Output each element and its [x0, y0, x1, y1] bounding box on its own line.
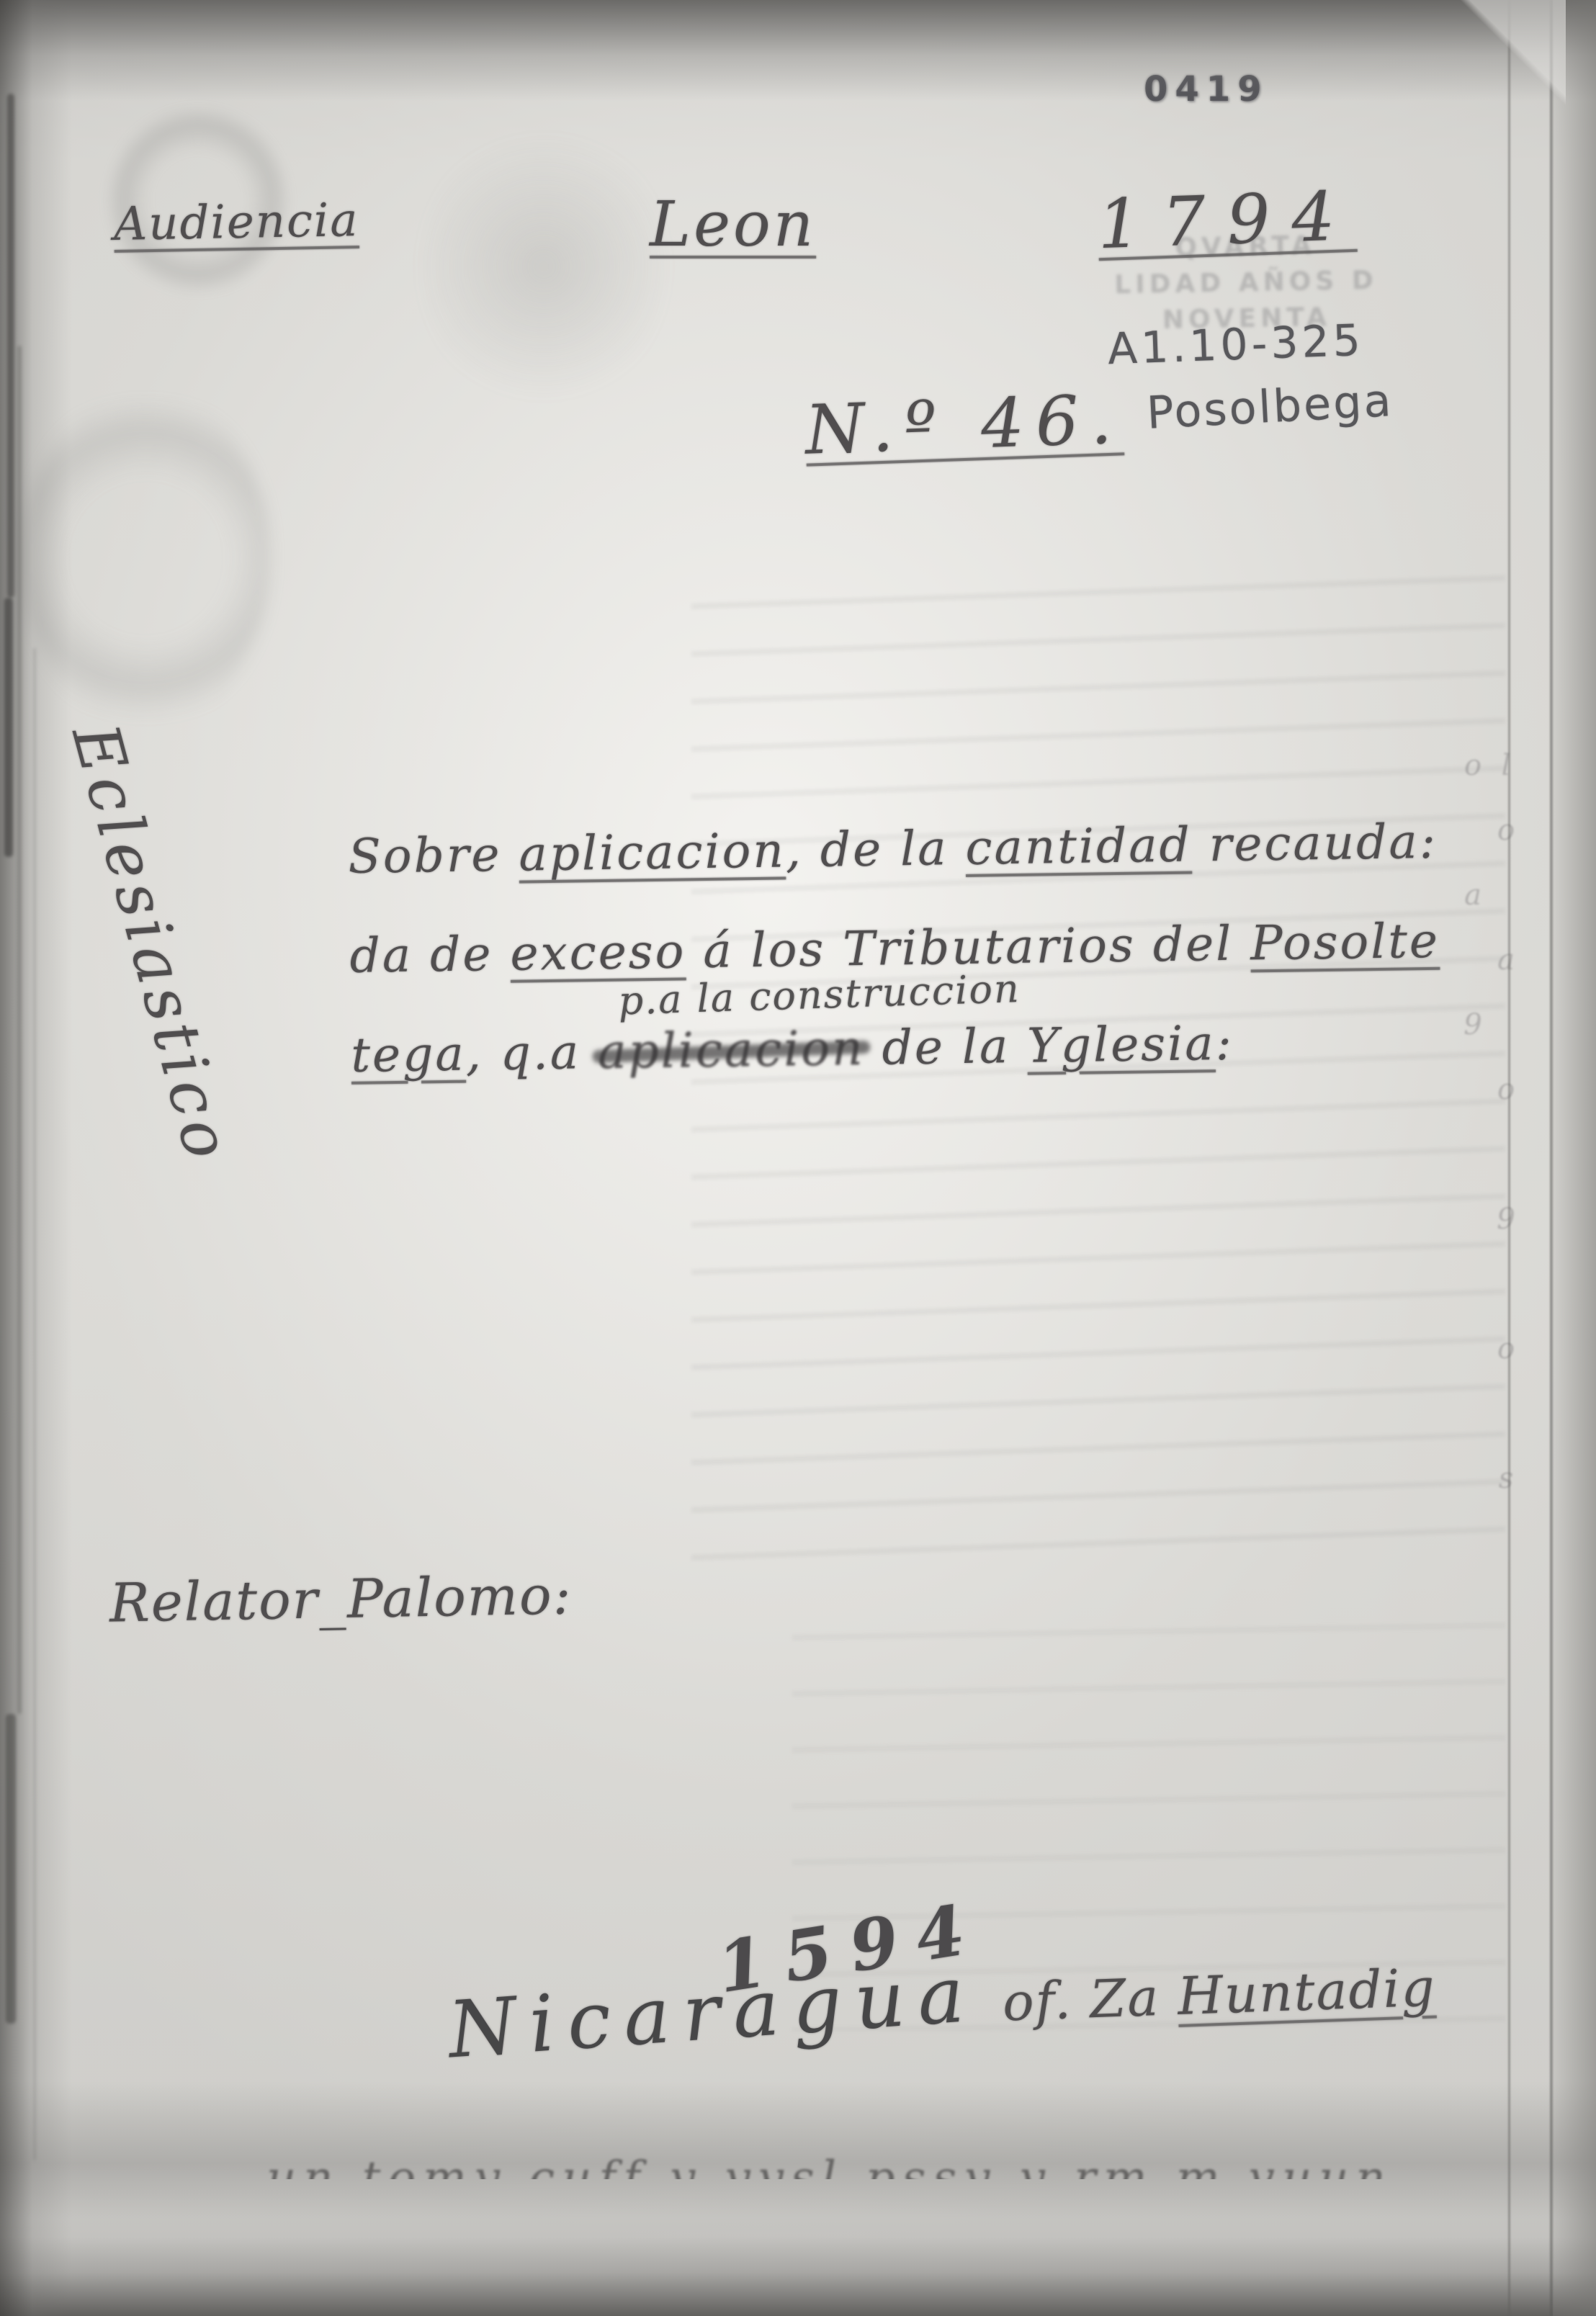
title-text-underlined: Posolte: [1250, 913, 1440, 971]
title-text: , q.a: [465, 1024, 598, 1082]
pencil-place: Posolbega: [1145, 374, 1394, 439]
title-text: :: [1215, 1015, 1234, 1071]
page-edge-line: [1550, 0, 1553, 2316]
gutter-streak: [17, 346, 22, 1714]
top-edge-shadow: [0, 0, 1596, 101]
document-page: QVARTA LIDAD AÑOS D NOVENTA 0419 Audienc…: [0, 0, 1596, 2316]
seal-line: LIDAD AÑOS D: [1073, 262, 1420, 304]
title-text-underlined: cantidad: [965, 817, 1192, 876]
title-text: recauda:: [1191, 814, 1438, 873]
corner-fold: [1429, 0, 1566, 115]
country-name: Nicaragua: [446, 1949, 980, 2076]
pencil-reference: A1.10-325: [1107, 315, 1365, 374]
round-stamp-ghost-large: [22, 389, 270, 727]
clipped-text: un tomy cuff y yysl pssy y rm m vuun: [266, 2152, 1505, 2179]
right-outer-edge: [1553, 0, 1596, 2316]
rubric-name: Huntadig: [1177, 1957, 1437, 2026]
ink-smudge: [425, 122, 663, 410]
gutter-streak: [4, 598, 13, 857]
header-city: Leon: [650, 189, 816, 261]
title-text: de la: [864, 1018, 1028, 1076]
margin-ghost-marks: lo a o 9 o s o a 9: [1456, 749, 1523, 1613]
header-year: 1794: [1096, 177, 1358, 264]
title-text: , de la: [785, 820, 966, 878]
next-page-clipped-line: un tomy cuff y yysl pssy y rm m vuun: [266, 2147, 1505, 2179]
secretary-rubric: of. Za Huntadig: [1002, 1957, 1437, 2033]
title-line-1: Sobre aplicacion, de la cantidad recauda…: [348, 814, 1438, 884]
title-text: da de: [349, 926, 511, 984]
title-text-underlined: aplicacion: [519, 822, 786, 881]
rubric-prefix: of. Za: [1002, 1966, 1179, 2032]
archive-stamp-number: 0419: [1144, 69, 1269, 109]
gutter-streak: [33, 648, 36, 2160]
crossed-out-word: aplicacion: [598, 1020, 865, 1080]
title-text: Sobre: [348, 827, 519, 884]
expediente-number: N.º 46.: [804, 380, 1124, 470]
header-audiencia: Audiencia: [113, 194, 359, 251]
title-text-underlined: Yglesia: [1027, 1015, 1216, 1074]
title-text-underlined: exceso: [510, 923, 686, 981]
bottom-edge-shadow: [0, 2237, 1596, 2316]
margin-classification: Eclesiastico: [58, 717, 247, 1172]
title-block: Sobre aplicacion, de la cantidad recauda…: [348, 813, 1476, 1139]
gutter-streak: [7, 94, 14, 598]
relator-line: Relator_Palomo:: [109, 1564, 573, 1634]
title-line-3: tega, q.a aplicacion de la Yglesia:: [351, 1015, 1234, 1083]
title-text-underlined: tega: [351, 1026, 466, 1083]
gutter-streak: [6, 1714, 16, 2024]
